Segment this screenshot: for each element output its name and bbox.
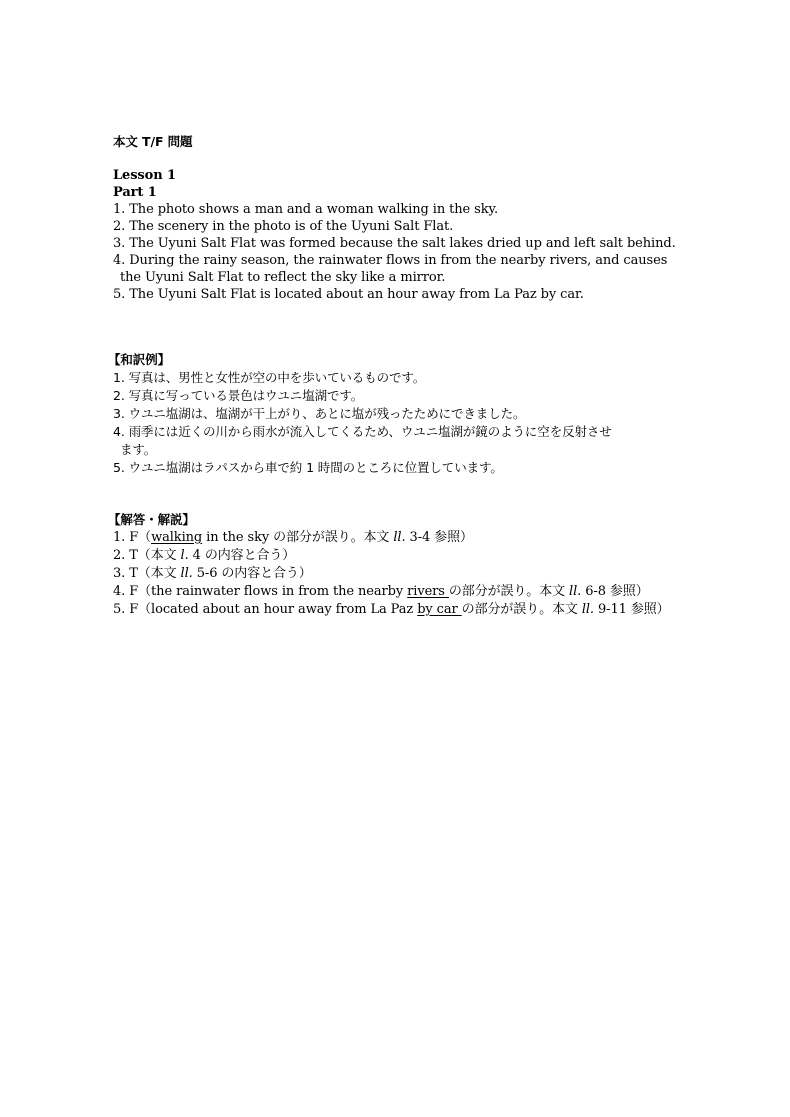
answer-2-text: 4 の内容と合う） (189, 548, 296, 563)
answer-2: 2. T（本文 l. 4 の内容と合う） (113, 547, 295, 564)
answer-4-prefix: 4. F（the rainwater flows in from the nea… (113, 584, 407, 599)
document-page: 本文 T/F 問題 Lesson 1 Part 1 1. The photo s… (0, 0, 790, 1117)
answer-1-prefix: 1. F（ (113, 530, 151, 545)
answers-heading: 【解答・解説】 (108, 511, 195, 528)
page-title: 本文 T/F 問題 (113, 133, 192, 150)
answer-4: 4. F（the rainwater flows in from the nea… (113, 583, 649, 600)
question-4: 4. During the rainy season, the rainwate… (113, 252, 667, 269)
answer-3-text: 5-6 の内容と合う） (193, 566, 312, 581)
answer-1-line-abbrev: ll. (393, 530, 405, 545)
answer-3-prefix: 3. T（本文 (113, 566, 181, 581)
answer-5-line-abbrev: ll. (582, 602, 594, 617)
translation-1: 1. 写真は、男性と女性が空の中を歩いているものです。 (113, 369, 425, 386)
answer-1-ref: 3-4 参照） (405, 530, 472, 545)
answer-5-text: の部分が誤り。本文 (462, 602, 582, 617)
answer-2-prefix: 2. T（本文 (113, 548, 181, 563)
answer-3: 3. T（本文 ll. 5-6 の内容と合う） (113, 565, 312, 582)
answer-5-prefix: 5. F（located about an hour away from La … (113, 602, 417, 617)
answer-4-ref: 6-8 参照） (581, 584, 648, 599)
answer-4-underlined: rivers (407, 584, 449, 599)
lesson-heading: Lesson 1 (113, 167, 176, 184)
answer-1-text: in the sky の部分が誤り。本文 (202, 530, 393, 545)
question-3: 3. The Uyuni Salt Flat was formed becaus… (113, 235, 676, 252)
translation-2: 2. 写真に写っている景色はウユニ塩湖です。 (113, 387, 363, 404)
answer-5: 5. F（located about an hour away from La … (113, 601, 670, 618)
answer-3-line-abbrev: ll. (181, 566, 193, 581)
answer-1: 1. F（walking in the sky の部分が誤り。本文 ll. 3-… (113, 529, 473, 546)
part-heading: Part 1 (113, 184, 157, 201)
answer-5-underlined: by car (417, 602, 461, 617)
question-1: 1. The photo shows a man and a woman wal… (113, 201, 498, 218)
answer-1-underlined: walking (151, 530, 202, 545)
question-4-continued: the Uyuni Salt Flat to reflect the sky l… (120, 269, 445, 286)
question-2: 2. The scenery in the photo is of the Uy… (113, 218, 453, 235)
translation-4: 4. 雨季には近くの川から雨水が流入してくるため、ウユニ塩湖が鏡のように空を反射… (113, 423, 612, 440)
answer-4-text: の部分が誤り。本文 (449, 584, 569, 599)
answer-4-line-abbrev: ll. (569, 584, 581, 599)
translation-3: 3. ウユニ塩湖は、塩湖が干上がり、あとに塩が残ったためにできました。 (113, 405, 525, 422)
answer-5-ref: 9-11 参照） (594, 602, 670, 617)
translation-4-continued: ます。 (120, 441, 156, 458)
translation-heading: 【和訳例】 (108, 351, 170, 368)
answer-2-line-abbrev: l. (181, 548, 189, 563)
translation-5: 5. ウユニ塩湖はラパスから車で約 1 時間のところに位置しています。 (113, 459, 503, 476)
question-5: 5. The Uyuni Salt Flat is located about … (113, 286, 584, 303)
